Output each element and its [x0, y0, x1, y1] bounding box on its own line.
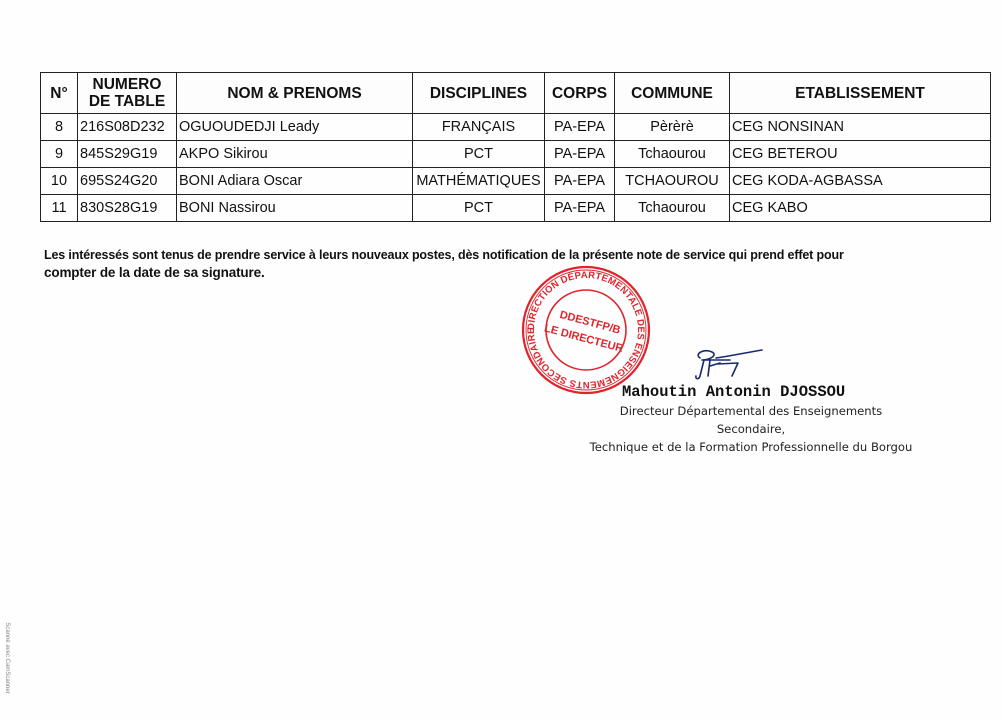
- cell-discipline: PCT: [413, 141, 545, 168]
- header-numero-line1: NUMERO: [93, 76, 162, 93]
- signer-title: Directeur Départemental des Enseignement…: [586, 402, 916, 456]
- handwritten-signature-icon: [690, 346, 770, 386]
- cell-discipline: PCT: [413, 195, 545, 222]
- cell-numero: 845S29G19: [78, 141, 177, 168]
- header-num: N°: [41, 73, 78, 114]
- cell-nom: BONI Adiara Oscar: [177, 168, 413, 195]
- header-disciplines: DISCIPLINES: [413, 73, 545, 114]
- assignment-table: N° NUMERO DE TABLE NOM & PRENOMS DISCIPL…: [40, 72, 991, 222]
- signer-title-line2: Technique et de la Formation Professionn…: [586, 438, 916, 456]
- cell-nom: AKPO Sikirou: [177, 141, 413, 168]
- cell-etablissement: CEG BETEROU: [730, 141, 991, 168]
- cell-corps: PA-EPA: [545, 168, 615, 195]
- header-commune: COMMUNE: [615, 73, 730, 114]
- table-header-row: N° NUMERO DE TABLE NOM & PRENOMS DISCIPL…: [41, 73, 991, 114]
- cell-corps: PA-EPA: [545, 114, 615, 141]
- cell-numero: 695S24G20: [78, 168, 177, 195]
- header-etablissement: ETABLISSEMENT: [730, 73, 991, 114]
- note-line-1: Les intéressés sont tenus de prendre ser…: [44, 247, 914, 264]
- cell-discipline: FRANÇAIS: [413, 114, 545, 141]
- header-numero-de-table: NUMERO DE TABLE: [78, 73, 177, 114]
- cell-commune: Pèrèrè: [615, 114, 730, 141]
- header-corps: CORPS: [545, 73, 615, 114]
- cell-num: 8: [41, 114, 78, 141]
- cell-etablissement: CEG KABO: [730, 195, 991, 222]
- cell-num: 9: [41, 141, 78, 168]
- cell-corps: PA-EPA: [545, 195, 615, 222]
- cell-commune: TCHAOUROU: [615, 168, 730, 195]
- cell-corps: PA-EPA: [545, 141, 615, 168]
- cell-nom: BONI Nassirou: [177, 195, 413, 222]
- table-row: 10 695S24G20 BONI Adiara Oscar MATHÉMATI…: [41, 168, 991, 195]
- header-numero-line2: DE TABLE: [89, 93, 165, 110]
- cell-commune: Tchaourou: [615, 141, 730, 168]
- service-note: Les intéressés sont tenus de prendre ser…: [44, 247, 914, 281]
- table-row: 8 216S08D232 OGUOUDEDJI Leady FRANÇAIS P…: [41, 114, 991, 141]
- header-nom-prenoms: NOM & PRENOMS: [177, 73, 413, 114]
- table-row: 11 830S28G19 BONI Nassirou PCT PA-EPA Tc…: [41, 195, 991, 222]
- cell-etablissement: CEG NONSINAN: [730, 114, 991, 141]
- signer-title-line1: Directeur Départemental des Enseignement…: [586, 402, 916, 438]
- note-line-2: compter de la date de sa signature.: [44, 264, 914, 281]
- scanner-watermark: Scanné avec CamScanner: [4, 613, 10, 703]
- cell-discipline: MATHÉMATIQUES: [413, 168, 545, 195]
- cell-numero: 216S08D232: [78, 114, 177, 141]
- cell-nom: OGUOUDEDJI Leady: [177, 114, 413, 141]
- signer-name: Mahoutin Antonin DJOSSOU: [622, 383, 845, 401]
- cell-numero: 830S28G19: [78, 195, 177, 222]
- table-row: 9 845S29G19 AKPO Sikirou PCT PA-EPA Tcha…: [41, 141, 991, 168]
- cell-num: 11: [41, 195, 78, 222]
- document-page: N° NUMERO DE TABLE NOM & PRENOMS DISCIPL…: [0, 0, 1002, 720]
- cell-etablissement: CEG KODA-AGBASSA: [730, 168, 991, 195]
- cell-commune: Tchaourou: [615, 195, 730, 222]
- cell-num: 10: [41, 168, 78, 195]
- official-stamp-icon: DIRECTION DÉPARTEMENTALE DES ENSEIGNEMEN…: [516, 265, 656, 395]
